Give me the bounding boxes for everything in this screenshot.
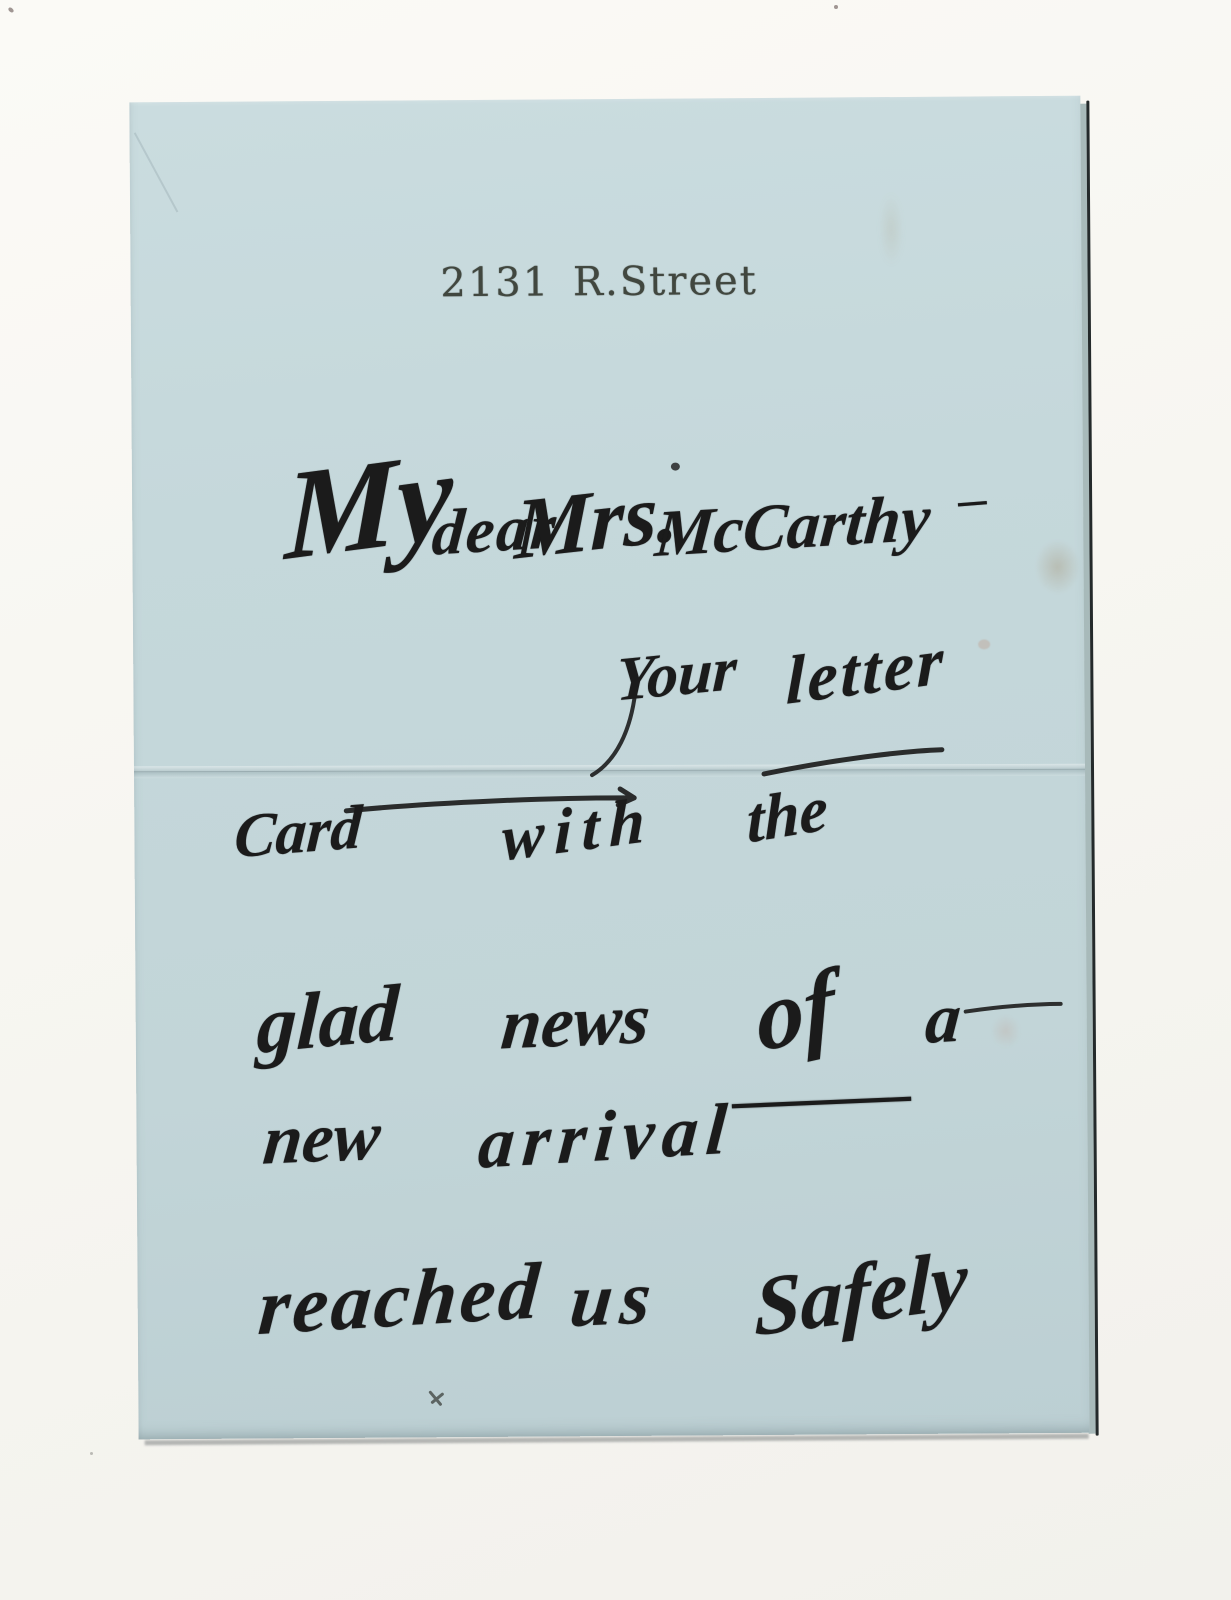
- scanner-dust-speck: [90, 1452, 93, 1455]
- handwritten-word: a: [923, 983, 964, 1056]
- handwritten-dash: —: [956, 475, 988, 523]
- handwritten-word: the: [746, 776, 828, 854]
- handwritten-text: My dear Mrs. McCarthy — Your letter Card…: [129, 96, 1089, 1440]
- handwritten-word: Your: [615, 638, 738, 712]
- handwritten-word: new: [260, 1101, 383, 1176]
- scanner-dust-speck: [7, 7, 14, 14]
- handwritten-word: letter: [786, 626, 947, 715]
- handwritten-word: with: [502, 787, 655, 871]
- handwritten-word: McCarthy: [653, 485, 933, 568]
- blue-stationery-sheet: 2131 R.Street My dear Mrs. McCarthy —: [129, 96, 1089, 1440]
- handwritten-word: arrival: [476, 1092, 737, 1180]
- letter-paper: 2131 R.Street My dear Mrs. McCarthy —: [129, 96, 1098, 1443]
- scanned-letter-photo: 2131 R.Street My dear Mrs. McCarthy —: [0, 0, 1231, 1600]
- handwritten-word: reached: [256, 1251, 545, 1348]
- handwritten-word: glad: [255, 973, 400, 1067]
- handwritten-word: Safely: [754, 1238, 968, 1350]
- scanner-dust-speck: [834, 5, 838, 9]
- handwritten-dash: —: [733, 1063, 912, 1130]
- handwritten-word: My: [284, 431, 453, 581]
- handwritten-word: of: [753, 954, 839, 1068]
- handwritten-word: Card: [233, 796, 364, 868]
- handwritten-word: us: [567, 1259, 662, 1339]
- handwritten-word: news: [498, 982, 653, 1061]
